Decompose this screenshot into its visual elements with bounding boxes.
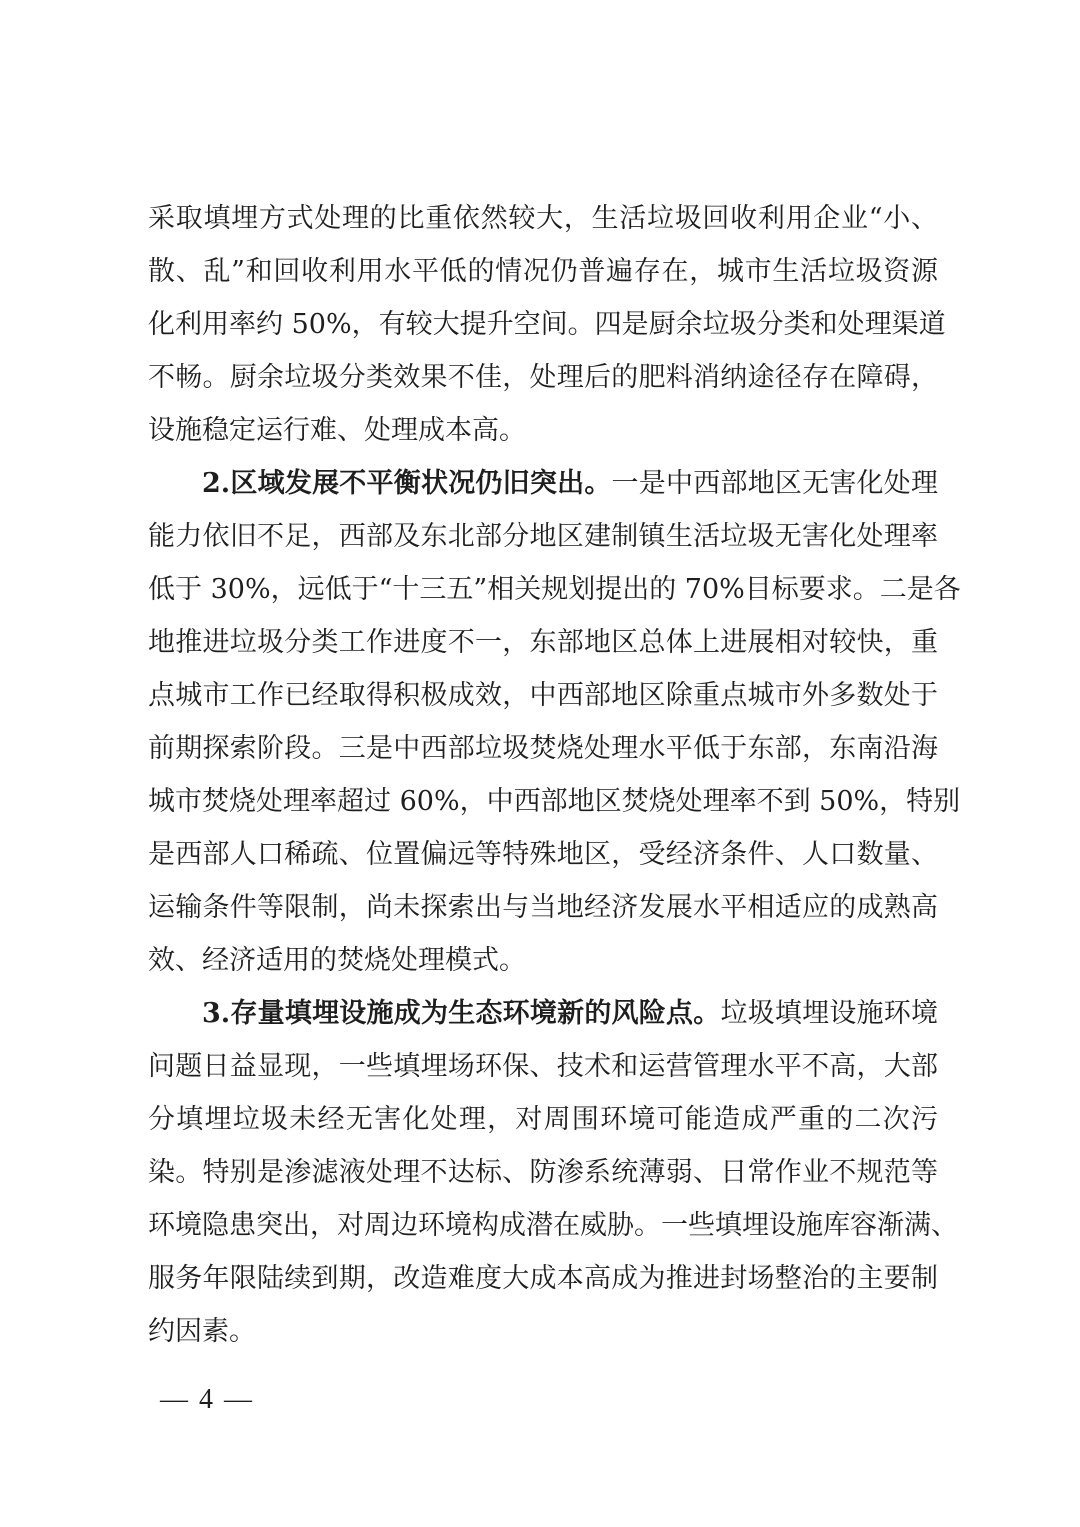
text-line: 设施稳定运行难、处理成本高。	[148, 404, 938, 457]
text-line: 低于 30%，远低于“十三五”相关规划提出的 70%目标要求。二是各	[148, 563, 938, 616]
section-heading: 2.区域发展不平衡状况仍旧突出。	[202, 468, 612, 499]
text-line: 环境隐患突出，对周边环境构成潜在威胁。一些填埋设施库容渐满、	[148, 1199, 938, 1252]
body-text: 采取填埋方式处理的比重依然较大，生活垃圾回收利用企业“小、 散、乱”和回收利用水…	[148, 192, 938, 1358]
text-line: 效、经济适用的焚烧处理模式。	[148, 934, 938, 987]
text-line: 化利用率约 50%，有较大提升空间。四是厨余垃圾分类和处理渠道	[148, 298, 938, 351]
text-line: 是西部人口稀疏、位置偏远等特殊地区，受经济条件、人口数量、	[148, 828, 938, 881]
text-line: 问题日益显现，一些填埋场环保、技术和运营管理水平不高，大部	[148, 1040, 938, 1093]
text-line: 前期探索阶段。三是中西部垃圾焚烧处理水平低于东部，东南沿海	[148, 722, 938, 775]
text-line: 服务年限陆续到期，改造难度大成本高成为推进封场整治的主要制	[148, 1252, 938, 1305]
section-heading-line: 2.区域发展不平衡状况仍旧突出。一是中西部地区无害化处理	[148, 457, 938, 510]
text-line: 分填埋垃圾未经无害化处理，对周围环境可能造成严重的二次污	[148, 1093, 938, 1146]
section-heading: 3.存量填埋设施成为生态环境新的风险点。	[202, 998, 720, 1029]
page-number: — 4 —	[160, 1384, 254, 1416]
text-line: 约因素。	[148, 1305, 938, 1358]
text-line: 不畅。厨余垃圾分类效果不佳，处理后的肥料消纳途径存在障碍，	[148, 351, 938, 404]
section-heading-line: 3.存量填埋设施成为生态环境新的风险点。垃圾填埋设施环境	[148, 987, 938, 1040]
text-line: 采取填埋方式处理的比重依然较大，生活垃圾回收利用企业“小、	[148, 192, 938, 245]
text-inline: 垃圾填埋设施环境	[720, 998, 938, 1029]
text-line: 地推进垃圾分类工作进度不一，东部地区总体上进展相对较快，重	[148, 616, 938, 669]
text-line: 运输条件等限制，尚未探索出与当地经济发展水平相适应的成熟高	[148, 881, 938, 934]
text-inline: 一是中西部地区无害化处理	[612, 468, 938, 499]
text-line: 能力依旧不足，西部及东北部分地区建制镇生活垃圾无害化处理率	[148, 510, 938, 563]
document-page: 采取填埋方式处理的比重依然较大，生活垃圾回收利用企业“小、 散、乱”和回收利用水…	[0, 0, 1080, 1527]
text-line: 散、乱”和回收利用水平低的情况仍普遍存在，城市生活垃圾资源	[148, 245, 938, 298]
text-line: 染。特别是渗滤液处理不达标、防渗系统薄弱、日常作业不规范等	[148, 1146, 938, 1199]
text-line: 城市焚烧处理率超过 60%，中西部地区焚烧处理率不到 50%，特别	[148, 775, 938, 828]
text-line: 点城市工作已经取得积极成效，中西部地区除重点城市外多数处于	[148, 669, 938, 722]
